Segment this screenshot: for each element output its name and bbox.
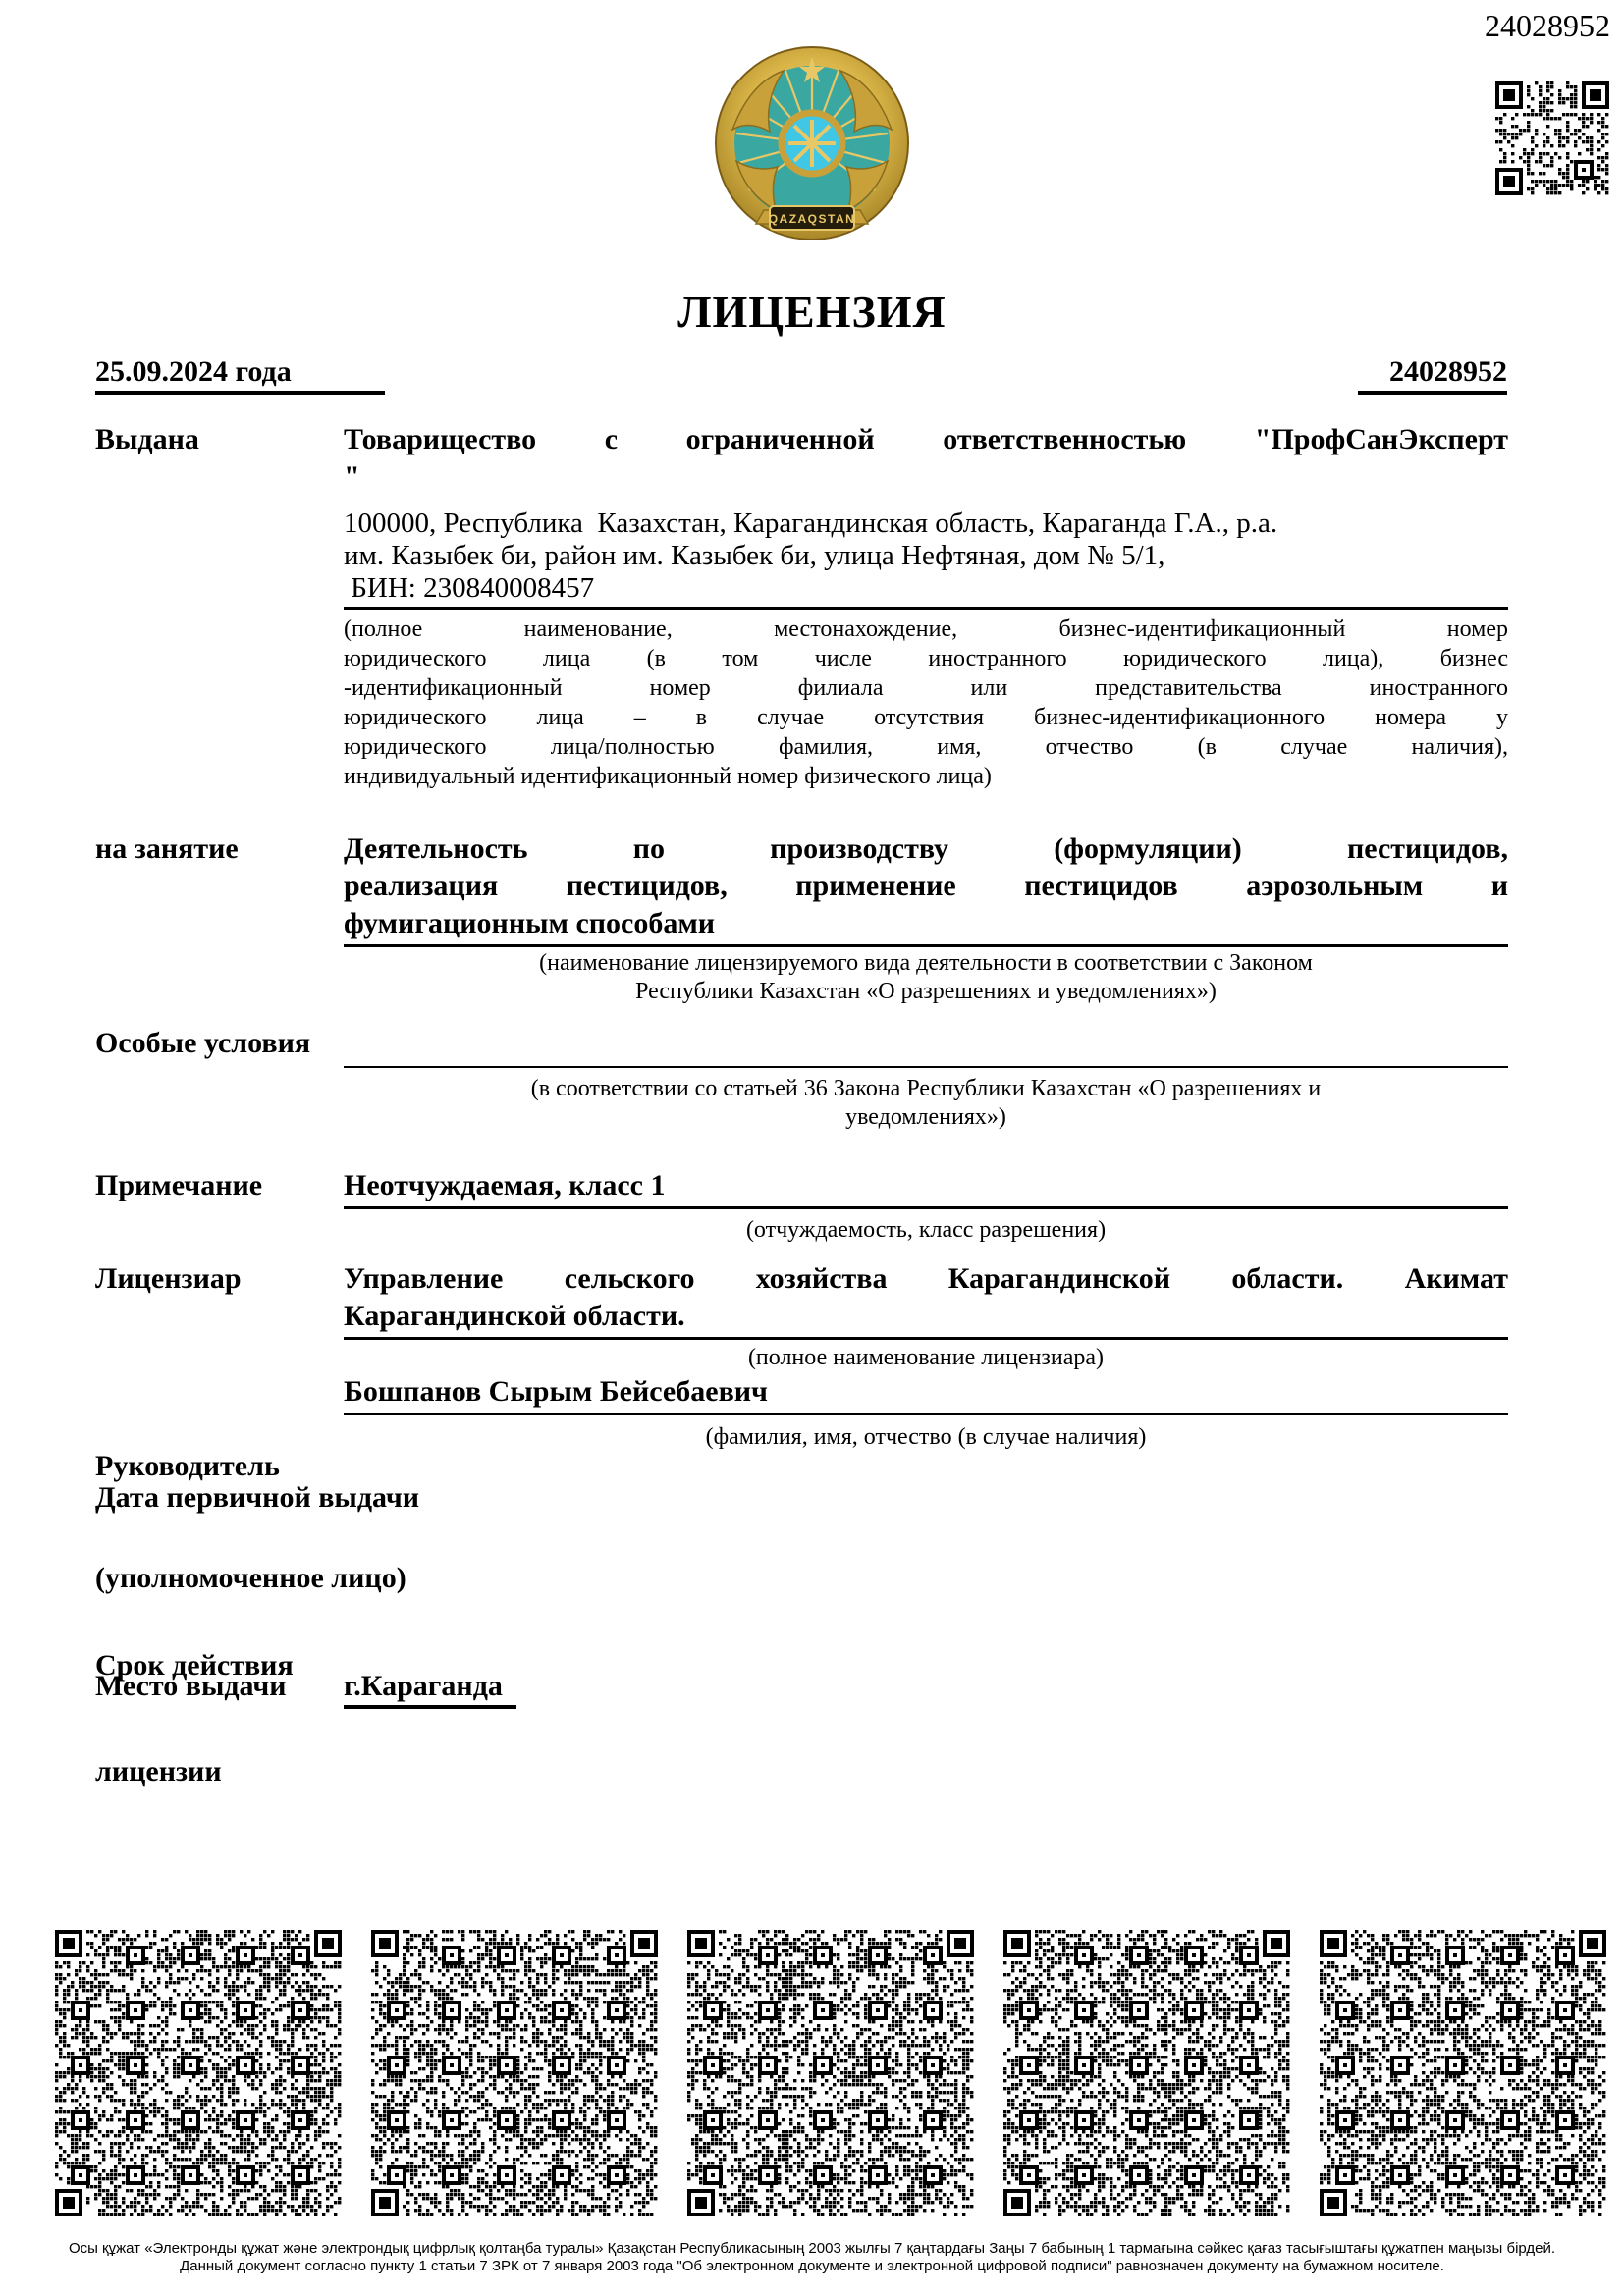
license-document: { "document": { "corner_number": "240289… [0, 0, 1624, 2296]
licensee-name-line: Товарищество с ограниченной ответственно… [344, 421, 1508, 458]
kazakhstan-coat-of-arms-icon: QAZAQSTAN [713, 43, 911, 249]
barcode [55, 1930, 342, 2216]
licensor-name: Управление сельского хозяйства Караганди… [344, 1260, 1508, 1340]
address-line: БИН: 230840008457 [344, 572, 1508, 605]
licensee-name: Товарищество с ограниченной ответственно… [344, 421, 1508, 496]
primechanie-footnote: (отчуждаемость, класс разрешения) [344, 1216, 1508, 1245]
field-label-licenziar: Лицензиар [95, 1260, 242, 1298]
vydana-footnote: (полное наименование, местонахождение, б… [344, 614, 1508, 791]
legal-footer: Осы құжат «Электронды құжат және электро… [15, 2240, 1609, 2275]
activity-description: Деятельность по производству (формуляции… [344, 830, 1508, 947]
barcode [687, 1930, 974, 2216]
address-line: 100000, Республика Казахстан, Карагандин… [344, 507, 1508, 540]
corner-license-number: 24028952 [1485, 8, 1610, 43]
licensee-address: 100000, Республика Казахстан, Карагандин… [344, 507, 1508, 610]
note-value: Неотчуждаемая, класс 1 [344, 1167, 1508, 1209]
field-label-primechanie: Примечание [95, 1167, 262, 1204]
head-name: Бошпанов Сырым Бейсебаевич [344, 1373, 1508, 1415]
legal-footer-line-kk: Осы құжат «Электронды құжат және электро… [15, 2240, 1609, 2258]
licenziar-footnote: (полное наименование лицензиара) [344, 1344, 1508, 1372]
page-title: ЛИЦЕНЗИЯ [0, 286, 1624, 338]
osobye-footnote: (в соответствии со статьей 36 Закона Рес… [344, 1075, 1508, 1132]
field-label-vydana: Выдана [95, 421, 199, 458]
barcode [1003, 1930, 1290, 2216]
license-number: 24028952 [1358, 353, 1507, 395]
emblem-banner-text: QAZAQSTAN [769, 212, 856, 226]
address-line: им. Казыбек би, район им. Казыбек би, ул… [344, 540, 1508, 572]
qr-code-icon [1495, 81, 1609, 195]
zanyatie-footnote: (наименование лицензируемого вида деятел… [344, 949, 1508, 1006]
osobye-usloviya-line [344, 1039, 1508, 1068]
field-label-mesto: Место выдачи [95, 1668, 287, 1705]
barcode [371, 1930, 658, 2216]
field-label-pervichnaya-data: Дата первичной выдачи [95, 1479, 419, 1517]
licensee-name-line: " [344, 458, 1508, 496]
field-label-zanyatie: на занятие [95, 830, 239, 868]
rukovoditel-footnote: (фамилия, имя, отчество (в случае наличи… [344, 1423, 1508, 1452]
barcode [1320, 1930, 1606, 2216]
field-label-osobye: Особые условия [95, 1025, 310, 1062]
issue-date: 25.09.2024 года [95, 353, 385, 395]
issue-place: г.Караганда [344, 1668, 516, 1709]
legal-footer-line-ru: Данный документ согласно пункту 1 статьи… [15, 2258, 1609, 2275]
